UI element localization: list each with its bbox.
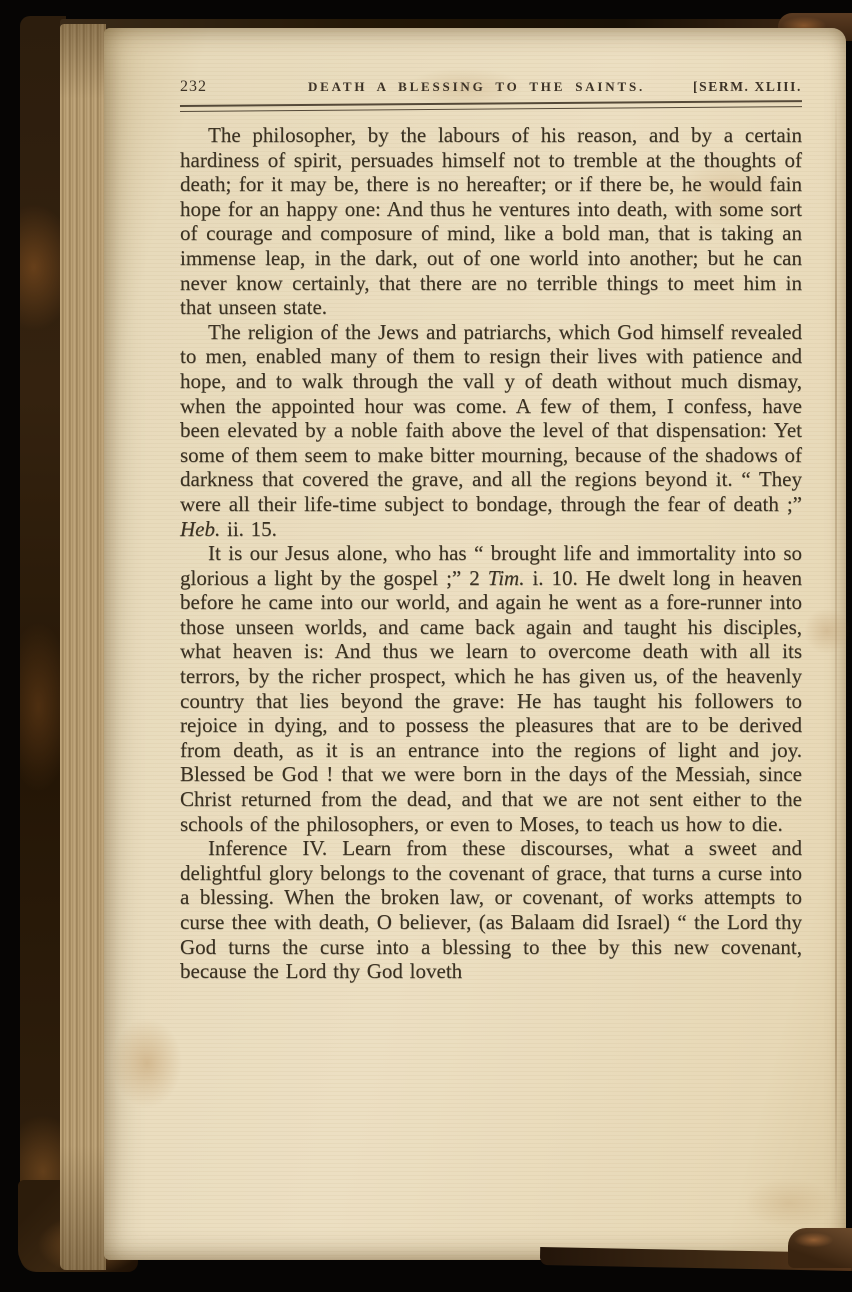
page-number: 232 bbox=[180, 78, 266, 96]
book-photograph: { "colors":{ "background":"#060504", "pa… bbox=[0, 0, 852, 1292]
running-header: 232 DEATH A BLESSING TO THE SAINTS. [SER… bbox=[180, 78, 802, 96]
scripture-citation: Heb. bbox=[180, 517, 220, 541]
age-stain bbox=[112, 1018, 182, 1108]
age-stain bbox=[804, 608, 850, 654]
scripture-citation: Tim. bbox=[488, 566, 525, 590]
text-segment: i. 10. He dwelt long in heaven before he… bbox=[180, 566, 802, 836]
paragraph-3: It is our Jesus alone, who has “ brought… bbox=[180, 541, 802, 836]
text-segment: Inference IV. Learn from these discourse… bbox=[180, 836, 802, 983]
paragraph-1: The philosopher, by the labours of his r… bbox=[180, 123, 802, 320]
book-page: 232 DEATH A BLESSING TO THE SAINTS. [SER… bbox=[104, 28, 846, 1260]
paragraph-4: Inference IV. Learn from these discourse… bbox=[180, 836, 802, 984]
book-corner-bottom-right bbox=[788, 1228, 852, 1268]
sermon-body: The philosopher, by the labours of his r… bbox=[180, 123, 802, 984]
text-segment: The religion of the Jews and patriarchs,… bbox=[180, 320, 802, 516]
age-stain bbox=[744, 1178, 834, 1228]
page-stack-edges bbox=[60, 24, 106, 1270]
printed-content: 232 DEATH A BLESSING TO THE SAINTS. [SER… bbox=[180, 78, 802, 984]
text-segment: The philosopher, by the labours of his r… bbox=[180, 123, 802, 319]
running-title: DEATH A BLESSING TO THE SAINTS. bbox=[266, 79, 687, 95]
sermon-reference: [SERM. XLIII. bbox=[687, 79, 802, 95]
paragraph-2: The religion of the Jews and patriarchs,… bbox=[180, 320, 802, 541]
header-double-rule bbox=[180, 100, 802, 112]
text-segment: ii. 15. bbox=[220, 517, 277, 541]
page-crease bbox=[835, 88, 837, 1208]
